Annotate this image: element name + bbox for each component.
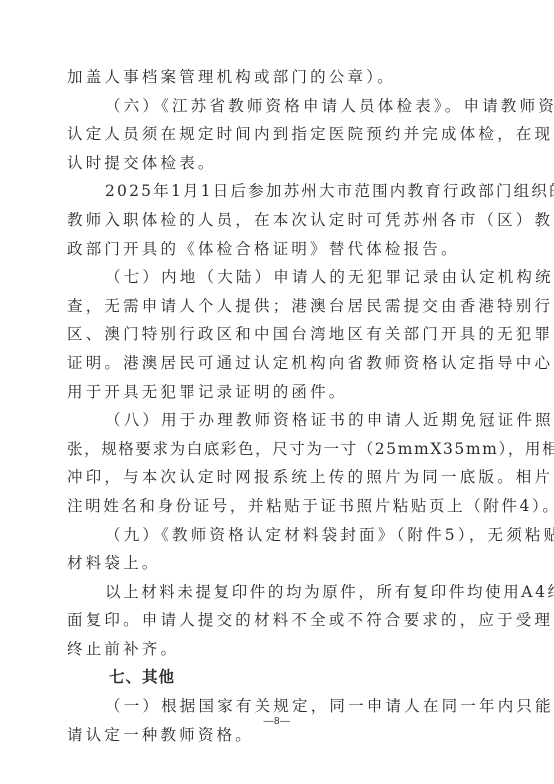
text-line: 终止前补齐。 [67, 635, 487, 664]
text-line: 材料袋上。 [67, 549, 487, 578]
text-line: 2025年1月1日后参加苏州大市范围内教育行政部门组织的新 [67, 177, 487, 206]
text-line: 认时提交体检表。 [67, 149, 487, 178]
text-line: 注明姓名和身份证号，并粘贴于证书照片粘贴页上（附件4）。 [67, 492, 487, 521]
text-line: 张，规格要求为白底彩色，尺寸为一寸（25mmX35mm），用相片纸 [67, 435, 487, 464]
text-line: （九）《教师资格认定材料袋封面》（附件5），无须粘贴于 [67, 521, 487, 550]
document-body: 加盖人事档案管理机构或部门的公章）。 （六）《江苏省教师资格申请人员体检表》。申… [67, 63, 487, 749]
document-page: 加盖人事档案管理机构或部门的公章）。 （六）《江苏省教师资格申请人员体检表》。申… [0, 0, 554, 784]
text-line: 查，无需申请人个人提供；港澳台居民需提交由香港特别行政 [67, 292, 487, 321]
text-line: 认定人员须在规定时间内到指定医院预约并完成体检，在现场确 [67, 120, 487, 149]
text-line: 用于开具无犯罪记录证明的函件。 [67, 378, 487, 407]
text-line: 政部门开具的《体检合格证明》替代体检报告。 [67, 235, 487, 264]
text-line: （七）内地（大陆）申请人的无犯罪记录由认定机构统一核 [67, 263, 487, 292]
text-line: 以上材料未提复印件的均为原件，所有复印件均使用A4纸单 [67, 578, 487, 607]
text-line: 教师入职体检的人员，在本次认定时可凭苏州各市（区）教育行 [67, 206, 487, 235]
section-heading: 七、其他 [67, 663, 487, 692]
text-line: （八）用于办理教师资格证书的申请人近期免冠证件照一 [67, 406, 487, 435]
text-line: （六）《江苏省教师资格申请人员体检表》。申请教师资格 [67, 92, 487, 121]
text-line: 面复印。申请人提交的材料不全或不符合要求的，应于受理期限 [67, 606, 487, 635]
text-line: 证明。港澳居民可通过认定机构向省教师资格认定指导中心申请 [67, 349, 487, 378]
page-number: —8— [0, 716, 554, 727]
text-line: 区、澳门特别行政区和中国台湾地区有关部门开具的无犯罪记录 [67, 320, 487, 349]
text-line: 冲印，与本次认定时网报系统上传的照片为同一底版。相片背面 [67, 463, 487, 492]
text-line: 加盖人事档案管理机构或部门的公章）。 [67, 63, 487, 92]
